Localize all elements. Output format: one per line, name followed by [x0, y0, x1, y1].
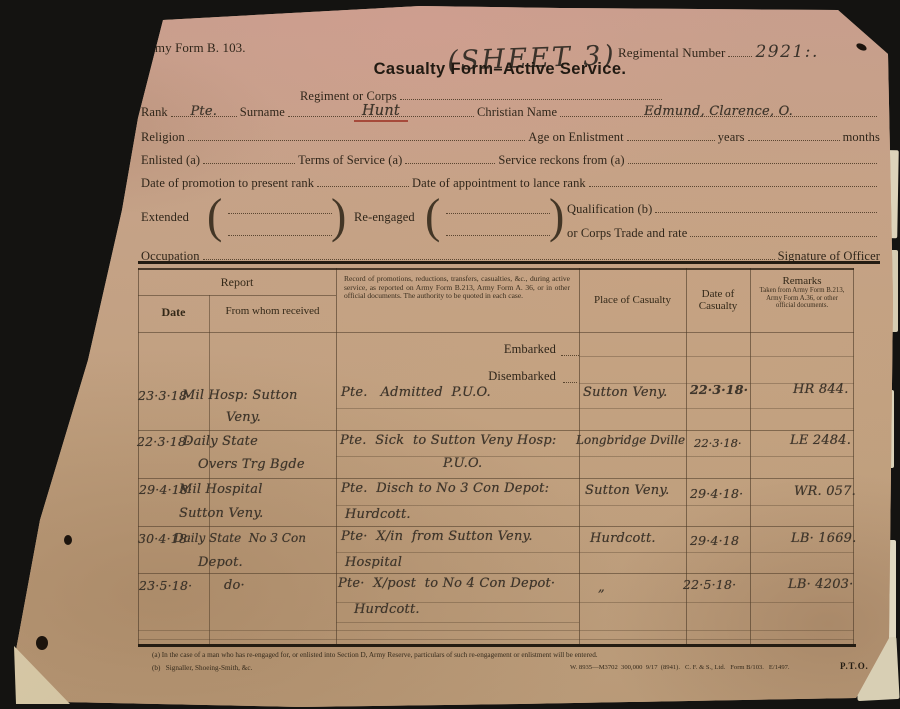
rank-value: Pte. — [190, 104, 217, 119]
row-from: Mil Hospital — [179, 482, 263, 497]
rank-field: Pte. — [171, 103, 237, 117]
row-from: Daily State No 3 Con — [174, 531, 306, 545]
row-record-2: Hospital — [345, 555, 402, 570]
report-header: Report — [138, 275, 336, 290]
age-months-field — [748, 127, 840, 141]
form-title: Casualty Form–Active Service. — [280, 60, 720, 79]
row-from-2: Depot. — [198, 555, 243, 570]
qualification-field — [655, 199, 877, 213]
disembarked-field — [563, 369, 577, 383]
form-title-text: Casualty Form–Active Service. — [374, 60, 627, 78]
terms-label: Terms of Service (a) — [298, 153, 402, 168]
surname-label: Surname — [240, 105, 285, 120]
qualification-row: Qualification (b) — [567, 199, 880, 217]
close-brace: ) — [549, 195, 564, 237]
corps-trade-label: or Corps Trade and rate — [567, 226, 687, 241]
reengaged-field-1 — [446, 200, 550, 214]
row-place: „ — [598, 580, 605, 595]
row-record: Pte. Admitted P.U.O. — [341, 385, 491, 400]
extended-label: Extended — [141, 210, 189, 225]
print-code: W. 8935—M3702 300,000 9/17 (8941). C. F.… — [570, 664, 790, 671]
occupation-field — [203, 246, 775, 260]
extended-field-1 — [228, 200, 332, 214]
enlisted-label: Enlisted (a) — [141, 153, 200, 168]
promotion-label: Date of promotion to present rank — [141, 176, 314, 191]
religion-field — [188, 127, 525, 141]
row-remarks: HR 844. — [793, 382, 849, 397]
row-record-2: P.U.O. — [443, 456, 482, 471]
record-header: Record of promotions, reductions, transf… — [344, 275, 570, 301]
christian-name-field: Edmund, Clarence, O. — [560, 103, 877, 117]
years-label: years — [718, 130, 745, 145]
table-bottom-rule — [138, 644, 856, 647]
enlisted-field — [203, 150, 295, 164]
open-brace: ( — [207, 195, 222, 237]
row-remarks: WR. 057. — [794, 484, 856, 499]
form-number-label: Army Form B. 103. — [141, 40, 246, 56]
row-place: Sutton Veny. — [583, 385, 667, 400]
footnote-b: (b) Signaller, Shoeing-Smith, &c. — [152, 664, 252, 672]
row-record-2: Hurdcott. — [354, 602, 420, 617]
corps-trade-row: or Corps Trade and rate — [567, 223, 880, 241]
row-remarks: LE 2484. — [790, 433, 851, 448]
extended-field-2 — [228, 222, 332, 236]
dotted-leader — [728, 43, 752, 57]
casualty-date-header-text: Date of Casualty — [699, 288, 738, 312]
row-remarks: LB· 1669. — [791, 531, 856, 546]
date-header: Date — [138, 305, 209, 320]
surname-value: Hunt — [354, 103, 408, 122]
report-header-text: Report — [221, 275, 254, 289]
casualty-date-header: Date of Casualty — [693, 288, 743, 312]
row-from-2: Overs Trg Bgde — [198, 457, 305, 472]
extended-block: Extended ( ) Re-engaged ( ) — [141, 194, 571, 248]
document-scan: Army Form B. 103. (SHEET 3) Regimental N… — [0, 0, 900, 709]
reckons-label: Service reckons from (a) — [498, 153, 624, 168]
casualty-table: Report Date From whom received Record of… — [138, 268, 854, 646]
footnote-b-text: (b) Signaller, Shoeing-Smith, &c. — [152, 664, 252, 672]
embarked-label: Embarked — [468, 342, 556, 357]
row-casualty-date: 29·4·18· — [690, 486, 743, 501]
paper-hole — [64, 535, 72, 545]
close-brace: ) — [331, 195, 346, 237]
regiment-label: Regiment or Corps — [300, 89, 397, 104]
row-date: 23·5·18· — [139, 578, 192, 593]
remarks-header: Remarks — [750, 275, 854, 287]
date-header-text: Date — [162, 305, 186, 319]
footnote-a: (a) In the case of a man who has re-enga… — [152, 651, 882, 659]
pto-text: P.T.O. — [840, 661, 869, 671]
from-header-text: From whom received — [225, 305, 319, 317]
row-from: Mil Hosp: Sutton — [182, 388, 298, 403]
rank-row: Rank Pte. Surname Hunt Christian Name Ed… — [141, 103, 880, 120]
remarks-subheader-text: Taken from Army Form B.213, Army Form A.… — [760, 287, 845, 309]
religion-row: Religion Age on Enlistment years months — [141, 127, 880, 145]
reckons-field — [628, 150, 877, 164]
reengaged-label: Re-engaged — [354, 210, 415, 225]
row-remarks: LB· 4203· — [788, 577, 853, 592]
row-from-2: Sutton Veny. — [179, 506, 263, 521]
row-from: do· — [224, 578, 245, 593]
row-casualty-date: 22·3·18· — [694, 436, 742, 450]
reengaged-field-2 — [446, 222, 550, 236]
enlisted-row: Enlisted (a) Terms of Service (a) Servic… — [141, 150, 880, 168]
regimental-number-value: 2921:. — [755, 42, 818, 62]
promotion-row: Date of promotion to present rank Date o… — [141, 173, 880, 191]
embarked-field — [561, 342, 579, 356]
qualification-label: Qualification (b) — [567, 202, 652, 217]
paper-hole — [36, 636, 48, 650]
christian-name-label: Christian Name — [477, 105, 557, 120]
place-header-text: Place of Casualty — [594, 294, 671, 306]
row-record-2: Hurdcott. — [345, 507, 411, 522]
row-record: Pte. Disch to No 3 Con Depot: — [341, 481, 549, 496]
row-from: Daily State — [183, 434, 258, 449]
open-brace: ( — [425, 195, 440, 237]
christian-name-value: Edmund, Clarence, O. — [644, 104, 793, 119]
row-casualty-date: 22·5·18· — [683, 577, 736, 592]
disembarked-label: Disembarked — [456, 369, 556, 384]
section-divider — [138, 261, 880, 264]
ink-dot — [880, 43, 884, 47]
row-record: Pte· X/in from Sutton Veny. — [341, 529, 533, 544]
disembarked-text: Disembarked — [488, 369, 556, 383]
regimental-number: Regimental Number 2921:. — [618, 42, 880, 62]
rank-label: Rank — [141, 105, 168, 120]
row-from-2: Veny. — [226, 410, 261, 425]
row-place: Sutton Veny. — [585, 483, 669, 498]
months-label: months — [843, 130, 880, 145]
form-number: Army Form B. 103. — [141, 40, 246, 56]
terms-field — [405, 150, 495, 164]
corps-trade-field — [690, 223, 877, 237]
regiment-or-corps-row: Regiment or Corps — [300, 86, 665, 104]
embarked-text: Embarked — [504, 342, 556, 356]
row-record: Pte. Sick to Sutton Veny Hosp: — [340, 433, 556, 448]
remarks-subheader: Taken from Army Form B.213, Army Form A.… — [756, 287, 848, 310]
surname-field: Hunt — [288, 103, 474, 117]
record-header-text: Record of promotions, reductions, transf… — [344, 274, 570, 300]
religion-label: Religion — [141, 130, 185, 145]
lance-field — [589, 173, 877, 187]
row-record: Pte· X/post to No 4 Con Depot· — [338, 576, 555, 591]
print-code-text: W. 8935—M3702 300,000 9/17 (8941). C. F.… — [570, 664, 790, 671]
row-casualty-date: 29·4·18 — [690, 533, 739, 548]
place-header: Place of Casualty — [579, 294, 686, 306]
pto-label: P.T.O. — [840, 661, 869, 671]
row-casualty-date: 22·3·18· — [690, 382, 748, 397]
age-years-field — [627, 127, 715, 141]
remarks-header-text: Remarks — [782, 275, 821, 287]
from-header: From whom received — [209, 305, 336, 317]
age-label: Age on Enlistment — [528, 130, 623, 145]
row-place: Longbridge Dville — [576, 433, 685, 447]
regimental-number-label: Regimental Number — [618, 45, 725, 61]
regiment-field — [400, 86, 662, 100]
promotion-field — [317, 173, 409, 187]
row-place: Hurdcott. — [590, 531, 656, 546]
footnote-a-text: (a) In the case of a man who has re-enga… — [152, 651, 598, 659]
